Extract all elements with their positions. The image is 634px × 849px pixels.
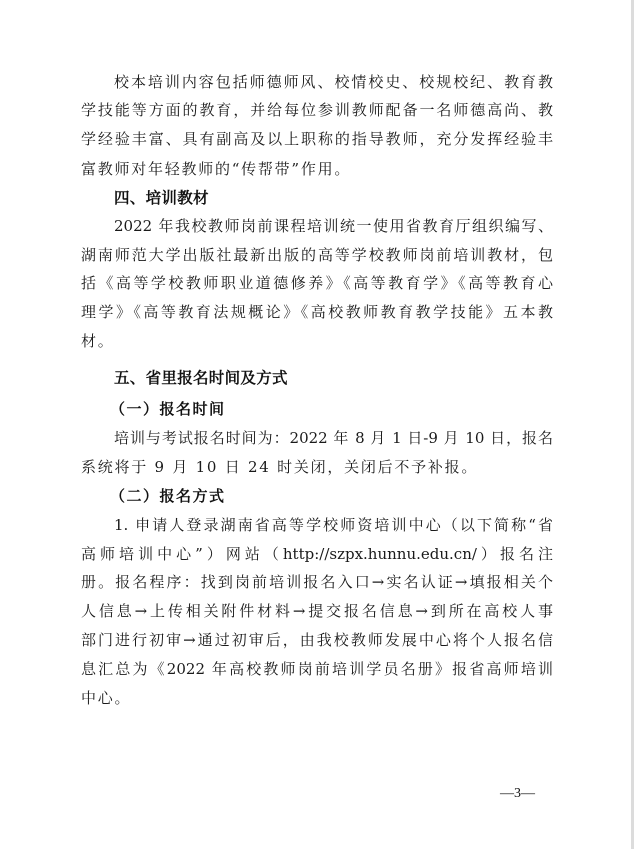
subsection-heading-1: （一）报名时间 <box>110 399 226 419</box>
paragraph-line: 系统将于 9 月 10 日 24 时关闭，关闭后不予补报。 <box>81 457 553 477</box>
paragraph-line: 1. 申请人登录湖南省高等学校师资培训中心（以下简称“省 <box>114 515 553 535</box>
subsection-heading-2: （二）报名方式 <box>110 486 226 506</box>
page-number: —3— <box>500 784 535 804</box>
paragraph-line: 息汇总为《2022 年高校教师岗前培训学员名册》报省高师培训 <box>81 659 553 679</box>
paragraph-line: 部门进行初审→通过初审后，由我校教师发展中心将个人报名信 <box>81 630 553 650</box>
paragraph-line: 理学》《高等教育法规概论》《高校教师教育教学技能》五本教 <box>81 302 553 322</box>
paragraph-line: 学技能等方面的教育，并给每位参训教师配备一名师德高尚、教 <box>81 100 553 120</box>
paragraph-line: 湖南师范大学出版社最新出版的高等学校教师岗前培训教材，包 <box>81 245 553 265</box>
paragraph-line: 材。 <box>81 331 553 351</box>
paragraph-line: 中心。 <box>81 688 553 708</box>
paragraph-line: 括《高等学校教师职业道德修养》《高等教育学》《高等教育心 <box>81 273 553 293</box>
paragraph-line: 培训与考试报名时间为：2022 年 8 月 1 日-9 月 10 日，报名 <box>114 428 553 448</box>
paragraph-line: 人信息→上传相关附件材料→提交报名信息→到所在高校人事 <box>81 601 553 621</box>
paragraph-line: 富教师对年轻教师的“传帮带”作用。 <box>81 159 553 179</box>
paragraph-line: 校本培训内容包括师德师风、校情校史、校规校纪、教育教 <box>114 72 553 92</box>
paragraph-line: 册。报名程序：找到岗前培训报名入口→实名认证→填报相关个 <box>81 572 553 592</box>
section-heading-5: 五、省里报名时间及方式 <box>114 368 288 388</box>
paragraph-line: 2022 年我校教师岗前课程培训统一使用省教育厅组织编写、 <box>114 216 553 236</box>
section-heading-4: 四、培训教材 <box>114 188 209 208</box>
document-page: 校本培训内容包括师德师风、校情校史、校规校纪、教育教 学技能等方面的教育，并给每… <box>0 0 631 849</box>
paragraph-line: 高师培训中心”）网站（http://szpx.hunnu.edu.cn/）报名注 <box>81 544 553 564</box>
paragraph-line: 学经验丰富、具有副高及以上职称的指导教师，充分发挥经验丰 <box>81 129 553 149</box>
